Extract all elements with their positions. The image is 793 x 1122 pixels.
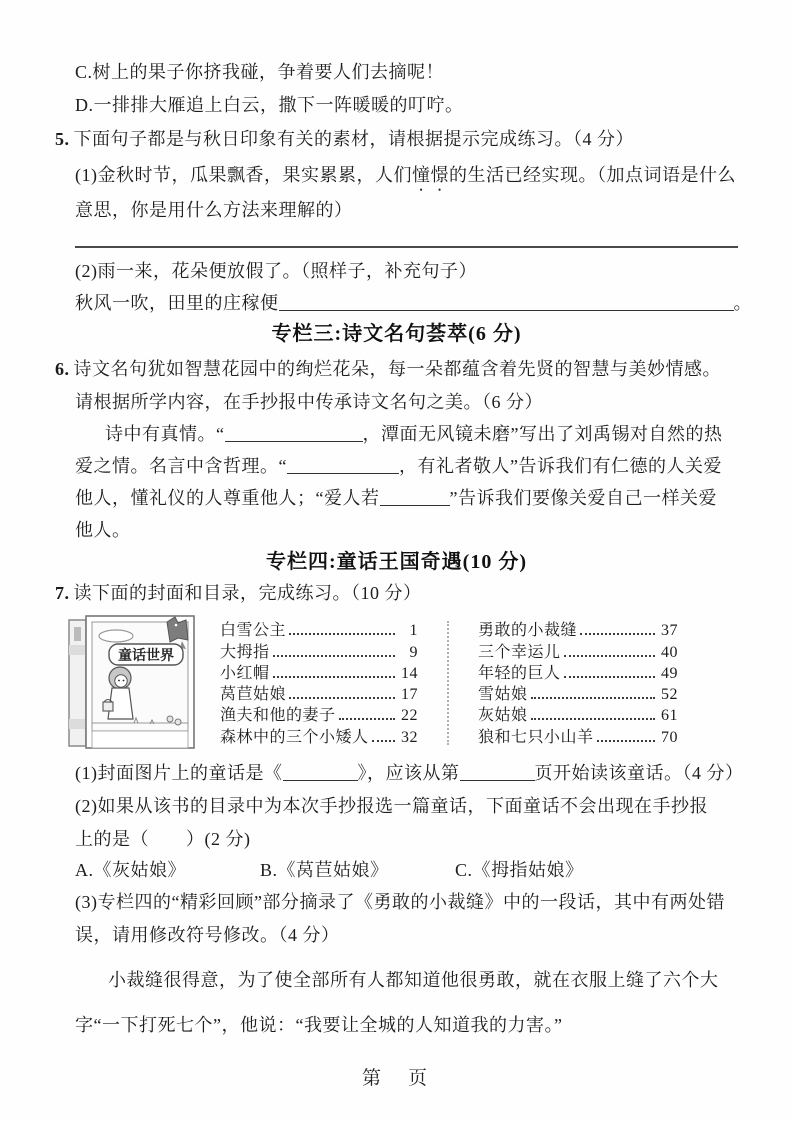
q5-sub1-post: 的生活已经实现。（加点词语是什么 — [449, 165, 736, 185]
question-6-body-line4: 他人。 — [75, 518, 131, 542]
basket-icon — [103, 702, 113, 711]
toc-title: 年轻的巨人 — [478, 660, 561, 683]
toc-row: 渔夫和他的妻子22 — [220, 704, 418, 725]
toc-dot-leader — [273, 676, 395, 678]
section-4-title: 专栏四:童话王国奇遇(10 分) — [0, 545, 793, 574]
toc-dot-leader — [531, 718, 655, 720]
flower-icon — [167, 716, 173, 722]
q5-fill-post: 。 — [734, 293, 753, 313]
choice-c: C.《拇指姑娘》 — [455, 858, 584, 882]
toc-title: 雪姑娘 — [478, 681, 528, 704]
fill-blank — [279, 296, 734, 311]
flower-icon — [175, 719, 181, 725]
girl-eye — [123, 680, 125, 682]
toc-dot-leader — [273, 655, 395, 657]
toc-page-number: 22 — [398, 707, 418, 725]
toc-row: 雪姑娘52 — [478, 683, 678, 704]
question-6-number: 6. — [55, 359, 70, 379]
excerpt-line1: 小裁缝很得意，为了使全部所有人都知道他很勇敢，就在衣服上缝了六个大 — [108, 968, 719, 992]
section-3-title: 专栏三:诗文名句荟萃(6 分) — [0, 317, 793, 346]
fill-blank — [283, 766, 358, 781]
toc-column-divider — [447, 621, 449, 745]
toc-row: 小红帽14 — [220, 662, 418, 683]
q6-line1-pre: 诗中有真情。“ — [105, 424, 225, 444]
question-7-stem-text: 读下面的封面和目录，完成练习。（10 分） — [74, 583, 422, 603]
toc-title: 狼和七只小山羊 — [478, 724, 594, 747]
excerpt-line2: 字“一下打死七个”，他说：“我要让全城的人知道我的力害。” — [75, 1013, 562, 1037]
book-cover-figure: 童话世界 — [64, 611, 200, 755]
toc-title: 三个幸运儿 — [478, 639, 561, 662]
girl-face — [115, 675, 127, 687]
toc-dot-leader — [289, 633, 395, 635]
book-spine-label — [74, 627, 81, 641]
toc-page-number: 52 — [658, 686, 678, 704]
toc-page-number: 17 — [398, 686, 418, 704]
toc-title: 小红帽 — [220, 660, 270, 683]
toc-row: 三个幸运儿40 — [478, 640, 678, 661]
book-spine-band — [69, 645, 86, 655]
fill-blank — [460, 766, 535, 781]
toc-dot-leader — [372, 740, 395, 742]
wolf-eye — [175, 624, 178, 627]
toc-page-number: 40 — [658, 644, 678, 662]
question-6-body-line3: 他人，懂礼仪的人尊重他人；“爱人若”告诉我们要像关爱自己一样关爱 — [75, 486, 717, 510]
fill-blank — [225, 427, 363, 442]
choice-b: B.《莴苣姑娘》 — [260, 858, 389, 882]
fill-blank — [380, 491, 450, 506]
book-cover-footer-strip — [92, 731, 188, 748]
toc-title: 渔夫和他的妻子 — [220, 702, 336, 725]
question-5-stem: 5.下面句子都是与秋日印象有关的素材，请根据提示完成练习。（4 分） — [55, 127, 634, 151]
test-paper-page: C.树上的果子你挤我碰，争着要人们去摘呢！ D.一排排大雁追上白云，撒下一阵暖暖… — [0, 0, 793, 1122]
question-6-body-line2: 爱之情。名言中含哲理。“，有礼者敬人”告诉我们有仁德的人关爱 — [75, 454, 722, 478]
toc-row: 灰姑娘61 — [478, 704, 678, 725]
toc-right-column: 勇敢的小裁缝37 三个幸运儿40 年轻的巨人49 雪姑娘52 灰姑娘61 狼和七… — [478, 619, 678, 747]
q5-fill-pre: 秋风一吹，田里的庄稼便 — [75, 293, 279, 313]
option-d: D.一排排大雁追上白云，撒下一阵暖暖的叮咛。 — [75, 93, 464, 117]
q7-sub1-pre: (1)封面图片上的童话是《 — [75, 763, 283, 783]
toc-row: 莴苣姑娘17 — [220, 683, 418, 704]
question-7-sub3-line1: (3)专栏四的“精彩回顾”部分摘录了《勇敢的小裁缝》中的一段话，其中有两处错 — [75, 890, 725, 914]
toc-dot-leader — [531, 697, 655, 699]
toc-title: 灰姑娘 — [478, 702, 528, 725]
book-cover-illustration: 童话世界 — [64, 611, 200, 755]
toc-title: 莴苣姑娘 — [220, 681, 286, 704]
q5-sub1-pre: (1)金秋时节，瓜果飘香，果实累累，人们 — [75, 165, 412, 185]
q7-sub1-post: 页开始读该童话。（4 分） — [535, 763, 744, 783]
toc-row: 森林中的三个小矮人32 — [220, 725, 418, 746]
question-6-body-line1: 诗中有真情。“，潭面无风镜未磨”写出了刘禹锡对自然的热 — [105, 422, 723, 446]
toc-page-number: 49 — [658, 665, 678, 683]
girl-eye — [118, 680, 120, 682]
question-7-stem: 7.读下面的封面和目录，完成练习。（10 分） — [55, 581, 422, 605]
toc-dot-leader — [564, 655, 655, 657]
option-c: C.树上的果子你挤我碰，争着要人们去摘呢！ — [75, 60, 444, 84]
fill-blank — [287, 459, 399, 474]
toc-row: 大拇指9 — [220, 640, 418, 661]
toc-dot-leader — [597, 740, 655, 742]
question-7-number: 7. — [55, 583, 70, 603]
book-spine-band — [69, 719, 86, 729]
question-5-sub2: (2)雨一来，花朵便放假了。（照样子，补充句子） — [75, 259, 477, 283]
q6-line1-post: ，潭面无风镜未磨”写出了刘禹锡对自然的热 — [363, 424, 723, 444]
toc-title: 森林中的三个小矮人 — [220, 724, 369, 747]
toc-page-number: 14 — [398, 665, 418, 683]
toc-title: 白雪公主 — [220, 617, 286, 640]
toc-left-column: 白雪公主1 大拇指9 小红帽14 莴苣姑娘17 渔夫和他的妻子22 森林中的三个… — [220, 619, 418, 747]
toc-page-number: 1 — [398, 622, 418, 640]
toc-page-number: 9 — [398, 644, 418, 662]
toc-dot-leader — [564, 676, 655, 678]
cloud-icon — [99, 630, 133, 642]
q7-sub1-mid: 》，应该从第 — [358, 763, 460, 783]
toc-title: 大拇指 — [220, 639, 270, 662]
toc-dot-leader — [339, 718, 395, 720]
book-toc: 白雪公主1 大拇指9 小红帽14 莴苣姑娘17 渔夫和他的妻子22 森林中的三个… — [220, 619, 680, 749]
question-5-sub1-line2: 意思，你是用什么方法来理解的） — [75, 198, 353, 222]
toc-row: 勇敢的小裁缝37 — [478, 619, 678, 640]
question-7-sub1: (1)封面图片上的童话是《》，应该从第页开始读该童话。（4 分） — [75, 761, 744, 785]
q5-sub1-emphasized-word: 憧憬 — [412, 165, 449, 185]
question-5-sub2-fill: 秋风一吹，田里的庄稼便。 — [75, 291, 752, 315]
question-7-sub2-line1: (2)如果从该书的目录中为本次手抄报选一篇童话，下面童话不会出现在手抄报 — [75, 794, 708, 818]
question-7-sub2-line2: 上的是（ ）(2 分) — [75, 827, 251, 851]
q6-line3-pre: 他人，懂礼仪的人尊重他人；“爱人若 — [75, 488, 380, 508]
book-title-text: 童话世界 — [118, 647, 174, 664]
question-7-sub3-line2: 误，请用修改符号修改。（4 分） — [75, 923, 340, 947]
choice-a: A.《灰姑娘》 — [75, 858, 186, 882]
answer-line — [75, 246, 738, 248]
q6-line2-post: ，有礼者敬人”告诉我们有仁德的人关爱 — [399, 456, 722, 476]
q6-line3-post: ”告诉我们要像关爱自己一样关爱 — [450, 488, 718, 508]
toc-page-number: 70 — [658, 729, 678, 747]
toc-row: 年轻的巨人49 — [478, 662, 678, 683]
toc-page-number: 37 — [658, 622, 678, 640]
toc-row: 狼和七只小山羊70 — [478, 725, 678, 746]
page-footer: 第 页 — [0, 1063, 793, 1090]
question-5-number: 5. — [55, 129, 70, 149]
question-5-stem-text: 下面句子都是与秋日印象有关的素材，请根据提示完成练习。（4 分） — [74, 129, 635, 149]
question-6-stem-text: 诗文名句犹如智慧花园中的绚烂花朵，每一朵都蕴含着先贤的智慧与美妙情感。 — [74, 359, 722, 379]
q6-line2-pre: 爱之情。名言中含哲理。“ — [75, 456, 287, 476]
toc-dot-leader — [289, 697, 395, 699]
toc-page-number: 61 — [658, 707, 678, 725]
toc-dot-leader — [580, 633, 655, 635]
toc-row: 白雪公主1 — [220, 619, 418, 640]
toc-page-number: 32 — [398, 729, 418, 747]
question-5-sub1-line1: (1)金秋时节，瓜果飘香，果实累累，人们憧憬的生活已经实现。（加点词语是什么 — [75, 163, 736, 195]
question-6-stem-line2: 请根据所学内容，在手抄报中传承诗文名句之美。（6 分） — [75, 390, 543, 414]
toc-title: 勇敢的小裁缝 — [478, 617, 577, 640]
question-6-stem-line1: 6.诗文名句犹如智慧花园中的绚烂花朵，每一朵都蕴含着先贤的智慧与美妙情感。 — [55, 357, 721, 381]
